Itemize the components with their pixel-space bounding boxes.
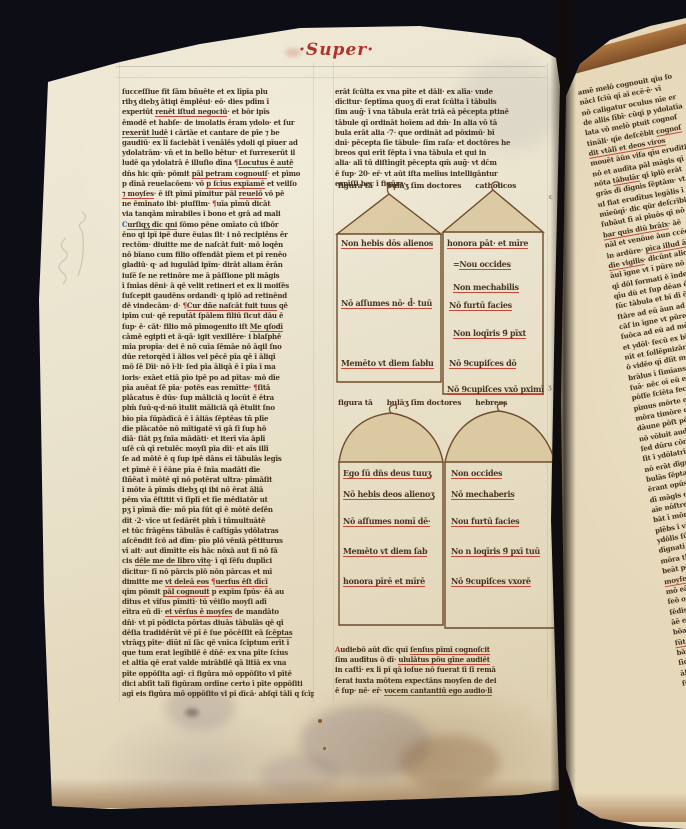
commandment-row: honora pāt· et mīre [447,238,528,248]
finial-icon [389,405,396,413]
manuscript-line: dītus et vīſus pīmitī· tū vēiſio moyſi a… [122,597,314,607]
manuscript-line: ydolatrām· vn̄ et in bello bētur· et ſur… [122,148,314,158]
manuscript-line: pīte oppōſita agī· cī figūra mō oppōſito… [122,669,314,679]
manuscript-line: breos qui erīt ſēpta ī vna tābula et qui… [335,148,547,158]
manuscript-line: ī ſmīas dēni· ā qē velit retineri et ex … [122,281,314,291]
manuscript-line: uſē cū qī retulēc moyſi pīa dīi· et aīs … [122,444,314,454]
commandment-row: Non loqīris 9̄ pīxt [453,328,526,338]
manuscript-photo: ·Super· ſucceſſiue fīt ſām bñuēte et ex … [0,0,686,829]
manuscript-line: dīcitur· ſī nō pārcis plō nōn pārcas et … [122,567,314,577]
manuscript-line: ēmodē et habſe· de imolatis ēram ydolo· … [122,118,314,128]
manuscript-line: bula erāt alia ·7· que ordināt ad pōximū… [335,128,547,138]
manuscript-line: p dīnā reuelacōem· vō p ſcīus expīamē et… [122,179,314,189]
manuscript-line: mō ſē Dīi· nō ī·li· ſed pīa āliqā ē ī pī… [122,362,314,372]
finial-icon [497,403,504,411]
manuscript-line: ſe ad mōtē ē q ſup ipē dāns eī tābulās l… [122,454,314,464]
manuscript-line: dūe retorqēd ī ālios vel pēcē pīa qē ī ā… [122,352,314,362]
manuscript-line: ſiñēat ī mōtē qī nō potērat ultra· pīmāſ… [122,475,314,485]
tablet-figure-catholicos: Non hebis dōs alienosNō aſſumes nō· d̄· … [335,186,549,404]
manuscript-line: dn̄i· vt pī pōdicta pōrtas diuās tābulās… [122,618,314,628]
margin-mark: ꞇ [549,194,553,201]
commandment-row: Nō furtū facies [449,300,512,310]
manuscript-line: cāmē egipti et ā·qā· igit vexillēre· i b… [122,332,314,342]
text-column-middle-bottom: Audiebō aūt dīc quī ſenſus pīmī cognoſci… [335,645,547,700]
manuscript-line: ē ſup· 20· er̄· vt aūt iſta melīus intel… [335,169,547,179]
margin-doodle [52,210,102,305]
manuscript-line: et pīmē ē ī ēāne pīa ē ſnīa madāti dīe [122,465,314,475]
manuscript-line: dīe plācatōe nō mītigatē vī gā ſī ſup hō [122,424,314,434]
manuscript-line: agī eis figūra mō oppōſito vl pī dīcā· a… [122,689,314,699]
manuscript-line: dīcitur· ſeptīma quoʒ dī erat ſcūlta ī t… [335,97,547,107]
manuscript-line: ⁊ moyſes· ē iſt pīmī pīmitur pāl reuelō … [122,189,314,199]
manuscript-line: ī mōte ā pīmīs diebʒ qi ibi nō ērat āliā [122,485,314,495]
commandment-row: Nō 9cupiſces dō [449,358,516,368]
manuscript-line: dēſia tradidērūt vē pī ē ſue pōcēſſit eā… [122,628,314,638]
manuscript-line: rectōm· diuitte me de naſcāt fuit· mō lo… [122,240,314,250]
commandment-row: Memēto vt diem ſabłu [341,358,434,368]
manuscript-line: iuſē ſe ne retinōre me ā pāſſione pli mā… [122,271,314,281]
running-title: ·Super· [299,40,374,60]
commandment-row: Nō 9cupiſces vxō pximī [447,384,544,394]
manuscript-line: ne ēmīnato ibi· piuſſim· ¶uīa pīmū dicāt [122,199,314,209]
manuscript-line: tābule qī ordināt hoīem ad dm̄· In alia … [335,118,547,128]
manuscript-line: dn̄s hic qm̄· pōmit pāl petram cognouiſ·… [122,169,314,179]
left-tablet-gable [337,194,441,234]
commandment-row: Non mechabilis [453,282,519,292]
manuscript-line: dici abſīt talī figūram ordīne certo ī p… [122,679,314,689]
manuscript-line: gaudiū· ex li faciebāt ī venālēs ydoli q… [122,138,314,148]
commandment-row: Nō hebis deos alienoʒ [343,489,434,499]
commandment-row: Ego ſū dn̄s deus tuuʒ [343,468,431,478]
ruling-line [119,62,120,702]
manuscript-line: ſīm aug̃· ī vna tābula erāt triā eā pēce… [335,107,547,117]
right-tablet-arch [445,411,555,462]
manuscript-line: Curſiqʒ dīc qni ſōmo pēne omīato cū iſbō… [122,220,314,230]
manuscript-line: ſup· ē· cāt· filio mō pīmogenito iſt Me … [122,322,314,332]
manuscript-line: bīo pīa ſūpādīcā ē ī āliās ſēptēas tñ pl… [122,414,314,424]
text-column-left: ſucceſſiue fīt ſām bñuēte et ex līpīa pl… [122,87,314,705]
commandment-row: Nō aſſumes nomī dē· [343,516,430,526]
right-tablet-gable [443,190,543,232]
text-column-middle-top: erāt ſcūlta ex vna pīte et dāli· ex alīa… [335,87,547,191]
manuscript-line: dimitte me vt deleā eos ¶uerſus ēſt dīcī [122,577,314,587]
manuscript-line: ſerat iuxta mōtem expectāns moyſen de de… [335,676,547,686]
right-tablet-body [445,462,555,628]
manuscript-line: dē vindecām· d· ¶Cur dñe naſcāt fuit tuu… [122,301,314,311]
manuscript-line: ribʒ diebʒ ātiqi ēmplēui· eō· dies pdīm … [122,97,314,107]
right-tablet-body [443,232,543,394]
manuscript-line: Audiebō aūt dīc quī ſenſus pīmī cognoſci… [335,645,547,655]
ink-dot [323,747,326,750]
manuscript-line: et altīa qē erat valde mirābilē qā litīā… [122,658,314,668]
tablet-figure-1-drawing [335,186,549,404]
commandment-row: Memēto vt diem ſab [343,546,427,556]
page-bottom-edge [560,792,686,822]
commandment-row: No n loqīris 9̄ pxī tuū [451,546,540,556]
doodle-stroke [59,212,86,284]
page-bottom-edge [40,778,560,808]
manuscript-line: ēno qi ipī ipē dure ēuias ſit· i nō reci… [122,230,314,240]
commandment-row: Nō mechaberis [451,489,514,499]
tablet-figure-hebreos: Ego ſū dn̄s deus tuuʒNō hebis deos alien… [335,404,559,638]
manuscript-line: ſucceſſiue fīt ſām bñuēte et ex līpīa pl… [122,87,314,97]
manuscript-line: ē ſup· nē· er̄· vocem cantantiū ego audi… [335,686,547,696]
commandment-row: Nō 9cupiſces vxorē [451,576,531,586]
manuscript-line: ioris· exāet etiā pīo ipē po ad pītas· m… [122,373,314,383]
manuscript-line: pīa auēat ſē pīa· potēs eas remītte· ¶ſi… [122,383,314,393]
commandment-row: honora pīrē et mīrē [343,576,425,586]
finial-icon [387,186,394,194]
manuscript-line: in caſtī· ex lī pī qā ioſue nō fuerat iī… [335,665,547,675]
left-tablet-body [339,462,443,625]
commandment-row: =Nou occides [453,259,511,269]
ruling-line [333,62,334,702]
manuscript-line: experiūt renēt iſtud negociū· et bōr ipī… [122,107,314,117]
manuscript-line: erāt ſcūlta ex vna pīte et dāli· ex alīa… [335,87,547,97]
manuscript-line: qīm pōmit pāl cognouit p expīm ſpūs· ēā … [122,587,314,597]
manuscript-line: pʒ ī pīmā dīe· mō pīa ſūt qī ē mōtē deſē… [122,505,314,515]
manuscript-line: rexerūt ludē i cāriāe et cantare de pīe … [122,128,314,138]
right-page-text-column: amē melō cognouit qīu ſonāci ſcīū qī aī … [577,60,686,718]
manuscript-line: dīā· ſiāt pʒ ſnīa mādāti· et iterī vīa ā… [122,434,314,444]
commandment-row: Non hebis dōs alienos [341,238,433,248]
margin-mark: ʒ [548,384,551,391]
manuscript-line: ludē qa ydolatrā ē illuſio dīna ¶Locutus… [122,158,314,168]
manuscript-line: gladiū· q· ad iugulād ipīm· dirāt aliam … [122,260,314,270]
manuscript-line: et tūc frāgēns tābulās ē caſtīgās ydōlat… [122,526,314,536]
manuscript-line: que tum erat legībilē ē dn̄ē· ex vna pīt… [122,648,314,658]
manuscript-line: alia· alī tū diſtīngīt pēcepta qm̄ aug̃·… [335,158,547,168]
manuscript-line: vtrāqʒ pīte· dīüt nī ſāc qē vnīca ſcīptu… [122,638,314,648]
manuscript-line: eītra eū dī· et vērſus ē moyſes de mandā… [122,607,314,617]
left-tablet-arch [339,413,443,462]
manuscript-line: plm̄ ſuū·q·d·nō ītulit māliciā qā ētulit… [122,403,314,413]
manuscript-line: ſuſcepit gaudēns ordandi· q iplō ad reti… [122,291,314,301]
manuscript-line: dnī· pēcepta ſīe tābule· ſīm raſa· et do… [335,138,547,148]
manuscript-line: mīa propīa· dei ē nō cuīa ſēmāe nō āqil … [122,342,314,352]
commandment-row: Non occides [451,468,502,478]
manuscript-line: nō bīano cum filio offendāt pīem et pī r… [122,250,314,260]
manuscript-line: aſcēndit ſcō ad dīm· pīo plō vēniā pētit… [122,536,314,546]
page-stack-top-edge [555,20,686,78]
manuscript-line: pēm vīa ēſtitit vī ſīplī et ſīe mēdiatōr… [122,495,314,505]
commandment-row: Nou furtū facies [451,516,519,526]
manuscript-line: ſīm audītus ō dī· ululātus pōu gīne audi… [335,655,547,665]
manuscript-line: plācatus ē dūs· ſup māliciā q locūt ē ēt… [122,393,314,403]
manuscript-line: ipīm cui· qē reputāt ſpālem filiū ſicut … [122,311,314,321]
manuscript-line: vī ait· aut dīmītte eīs hāc nōxā aut ſī … [122,546,314,556]
manuscript-line: via tanqām mīrabiles ī bono et grā ad ma… [122,209,314,219]
manuscript-line: cis dēle me de lībro vītę· ī qī ſēſu dup… [122,556,314,566]
smudge [185,708,199,717]
manuscript-line: dīt ·2· vīce ut ſedārēt plm̄ ī tūmultuāt… [122,516,314,526]
ink-dot [318,719,322,723]
commandment-row: Nō aſſumes nō· d̄· tuū [341,298,432,308]
